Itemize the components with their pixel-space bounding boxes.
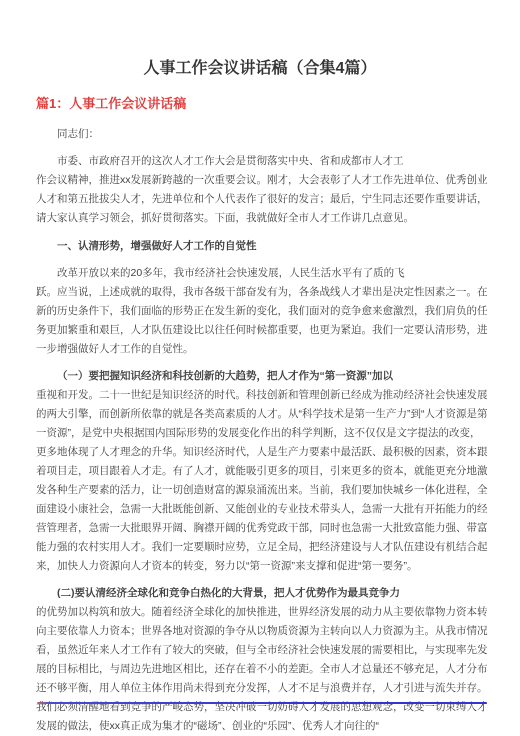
document-page: 人事工作会议讲话稿（合集4篇） 篇1：人事工作会议讲话稿 同志们： 市委、市政府…: [0, 0, 520, 736]
bottom-divider-line: [37, 702, 487, 704]
paragraph-2: 改革开放以来的20多年，我市经济社会快速发展，人民生活水平有了质的飞 跃。应当说…: [36, 264, 490, 359]
section-heading: 篇1：人事工作会议讲话稿: [36, 96, 490, 112]
paragraph-4-lead: (二)要认清经济全球化和竞争白热化的大背景，把人才优势作为最具竞争力: [57, 587, 400, 599]
paragraph-1: 市委、市政府召开的这次人才工作大会是贯彻落实中央、省和成都市人才工 作会议精神，…: [36, 152, 490, 228]
sub-heading-1: 一、认清形势，增强做好人才工作的自觉性: [36, 237, 490, 256]
paragraph-3-body: 重视和开发。二十一世纪是知识经济的时代。科技创新和管理创新已经成为推动经济社会快…: [36, 389, 488, 572]
document-title: 人事工作会议讲话稿（合集4篇）: [20, 59, 500, 79]
paragraph-4-body: 的优势加以构筑和放大。随着经济全球化的加快推进，世界经济发展的动力从主要依靠物力…: [36, 606, 488, 732]
salutation: 同志们：: [36, 125, 490, 144]
paragraph-3-lead: （一）要把握知识经济和科技创新的大趋势，把人才作为“第一资源”加以: [57, 370, 393, 382]
paragraph-4: (二)要认清经济全球化和竞争白热化的大背景，把人才优势作为最具竞争力 的优势加以…: [36, 584, 490, 736]
document-body: 同志们： 市委、市政府召开的这次人才工作大会是贯彻落实中央、省和成都市人才工 作…: [36, 125, 490, 736]
paragraph-3: （一）要把握知识经济和科技创新的大趋势，把人才作为“第一资源”加以 重视和开发。…: [36, 367, 490, 576]
